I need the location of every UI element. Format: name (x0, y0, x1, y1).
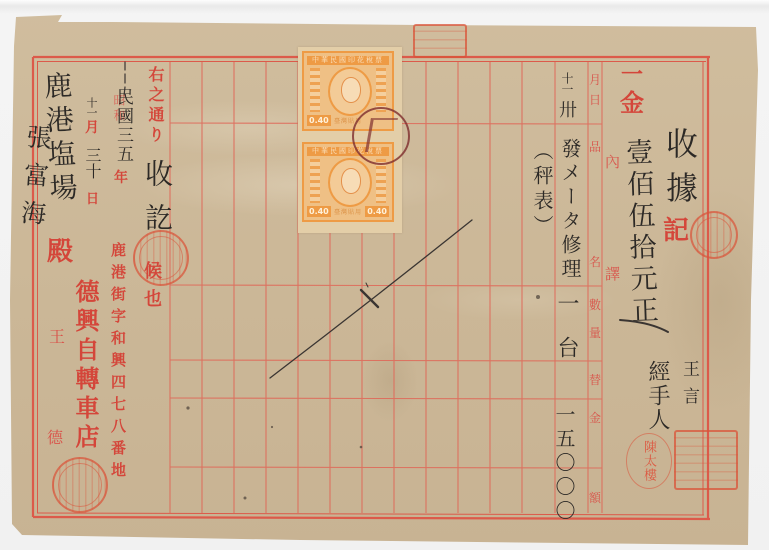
column-header-item: 品 (589, 141, 601, 153)
breakdown-label-2: 譯 (605, 267, 620, 282)
column-header-quantity: 數 (589, 299, 601, 311)
line-item-amount: 一五〇〇〇 (554, 404, 574, 524)
store-name: 德興自轉車店 (73, 279, 97, 453)
stamp-title: 中華民國印花稅票 (307, 56, 389, 65)
amount-label-kin: 金 (620, 91, 644, 115)
line-item-date-day: 卅 (559, 102, 577, 120)
oval-seal-text: 陳太樓 (639, 440, 658, 482)
face-icon (341, 77, 361, 103)
cancel-glyph-icon (365, 118, 398, 152)
column-header-item: 名 (589, 256, 601, 268)
column-header-amount: 金 (589, 412, 601, 424)
owner-name-surname: 王 (49, 329, 65, 345)
handwritten-received: 收訖 (143, 159, 171, 247)
face-icon (341, 168, 361, 194)
column-header-date: 日 (589, 94, 601, 106)
stamp-value: 0.40 (307, 115, 331, 126)
handwritten-month: 十一 (86, 97, 97, 117)
store-round-seal (52, 457, 108, 513)
line-item-description: 發メータ修理 (560, 138, 580, 282)
right-edge-round-seal (690, 211, 738, 259)
closing-phrase-top: 右之通り (147, 66, 163, 146)
portrait-icon (328, 158, 372, 207)
breakdown-label-1: 內 (605, 155, 620, 170)
stamp-value: 0.40 (307, 206, 331, 217)
line-item-note: （秤表） (532, 140, 552, 240)
line-item-date-month: 十一 (561, 72, 573, 94)
column-header-amount: 額 (589, 492, 601, 504)
handwritten-addressee-person: 張富海 (18, 123, 51, 238)
handwritten-title: 收據 (664, 127, 696, 215)
handler-square-seal (674, 430, 738, 490)
stamp-footer: 0.40 臺灣貼用 0.40 (307, 206, 389, 217)
top-square-seal (413, 24, 467, 58)
line-item-quantity: 一台 (555, 292, 577, 380)
handwritten-handler-name: 王言 (680, 360, 697, 414)
amount-label-one: 一 (621, 64, 643, 86)
closing-phrase-bottom-2: 也 (144, 291, 162, 309)
year-unit-label: 年 (114, 171, 128, 185)
handler-oval-seal: 陳太樓 (626, 433, 672, 489)
handwritten-day: 三十 (84, 147, 100, 179)
handwritten-year: 民國三五 (114, 88, 131, 164)
stamp-ornament (376, 68, 386, 112)
stamp-value: 0.40 (365, 206, 389, 217)
owner-name-given: 德 (47, 430, 63, 446)
addressee-honorific: 殿 (47, 239, 73, 265)
stamp-cancellation-mark (352, 107, 410, 165)
column-header-date: 月 (589, 74, 601, 86)
handwritten-handler-label: 經手人 (646, 360, 668, 432)
column-header-quantity: 量 (589, 327, 601, 339)
day-unit-label: 日 (86, 193, 99, 206)
closing-phrase-bottom-1: 候 (144, 263, 162, 281)
stamp-ornament (376, 159, 386, 203)
memo-mark: 記 (663, 218, 689, 244)
store-address: 鹿港街字和興四七八番地 (110, 242, 125, 484)
stamp-region: 臺灣貼用 (334, 207, 362, 216)
portrait-icon (328, 67, 372, 116)
column-header-rate: 替 (589, 374, 601, 386)
scanned-receipt: 中華民國印花稅票 0.40 臺灣貼用 0.40 中華民國印花稅票 0.40 臺灣… (0, 0, 769, 550)
handwritten-amount-words: 壹佰伍拾元正 (623, 138, 657, 328)
month-unit-label: 月 (85, 121, 99, 135)
stamp-ornament (310, 159, 320, 203)
stamp-ornament (310, 68, 320, 112)
